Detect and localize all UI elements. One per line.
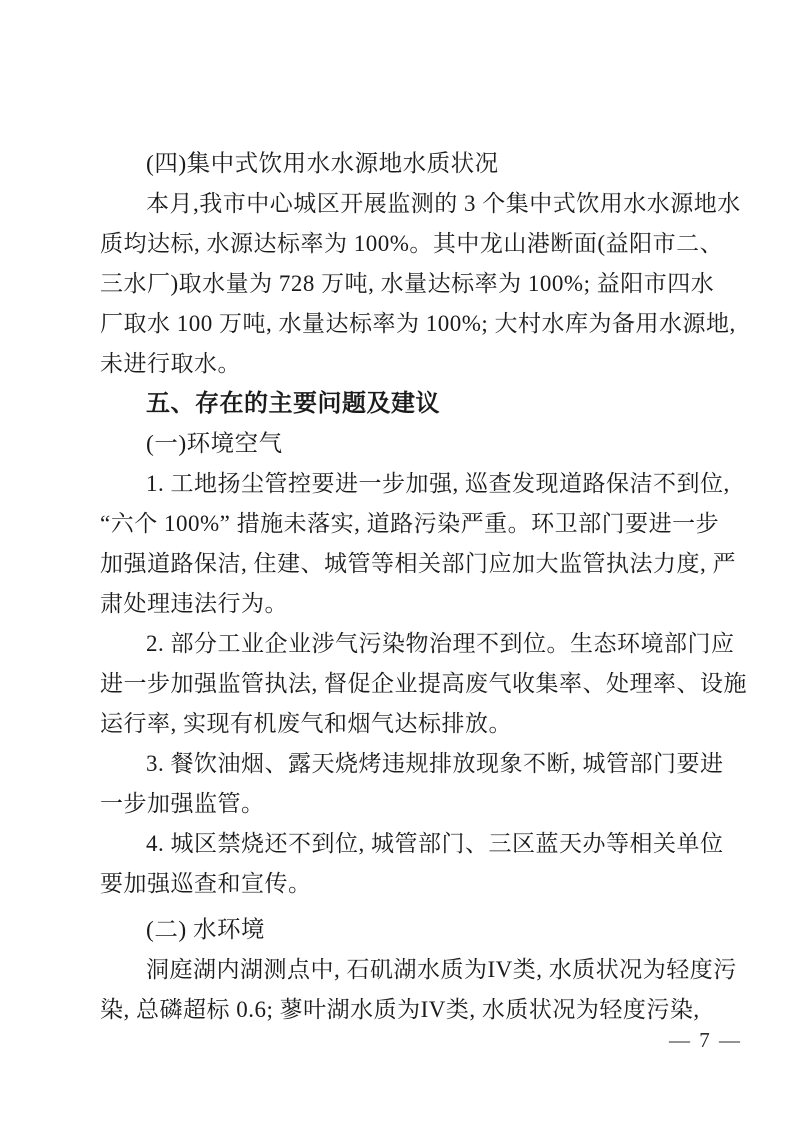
text-line: 洞庭湖内湖测点中, 石矶湖水质为IV类, 水质状况为轻度污 xyxy=(100,950,700,990)
text-line: 质均达标, 水源达标率为 100%。其中龙山港断面(益阳市二、 xyxy=(100,224,700,264)
text-line: 染, 总磷超标 0.6; 蓼叶湖水质为IV类, 水质状况为轻度污染, xyxy=(100,990,700,1030)
text-line: 三水厂)取水量为 728 万吨, 水量达标率为 100%; 益阳市四水 xyxy=(100,264,700,304)
page-number: — 7 — xyxy=(0,1028,742,1053)
text-line: “六个 100%” 措施未落实, 道路污染严重。环卫部门要进一步 xyxy=(100,504,700,544)
subsection-air-heading: (一)环境空气 xyxy=(100,424,700,464)
text-line: 3. 餐饮油烟、露天烧烤违规排放现象不断, 城管部门要进 xyxy=(100,744,700,784)
text-line: 运行率, 实现有机废气和烟气达标排放。 xyxy=(100,704,700,744)
text-line: 1. 工地扬尘管控要进一步加强, 巡查发现道路保洁不到位, xyxy=(100,464,700,504)
text-line: 一步加强监管。 xyxy=(100,784,700,824)
text-line: 要加强巡查和宣传。 xyxy=(100,864,700,904)
section4-heading: (四)集中式饮用水水源地水质状况 xyxy=(100,144,700,184)
text-line: 本月,我市中心城区开展监测的 3 个集中式饮用水水源地水 xyxy=(100,184,700,224)
text-line: 进一步加强监管执法, 督促企业提高废气收集率、处理率、设施 xyxy=(100,664,700,704)
subsection-water-heading: (二) 水环境 xyxy=(100,910,700,950)
text-line: 未进行取水。 xyxy=(100,344,700,384)
document-page: (四)集中式饮用水水源地水质状况 本月,我市中心城区开展监测的 3 个集中式饮用… xyxy=(0,0,793,1122)
document-body: (四)集中式饮用水水源地水质状况 本月,我市中心城区开展监测的 3 个集中式饮用… xyxy=(100,144,700,1030)
text-line: 厂取水 100 万吨, 水量达标率为 100%; 大村水库为备用水源地, xyxy=(100,304,700,344)
text-line: 加强道路保洁, 住建、城管等相关部门应加大监管执法力度, 严 xyxy=(100,544,700,584)
section5-heading: 五、存在的主要问题及建议 xyxy=(100,384,700,424)
text-line: 4. 城区禁烧还不到位, 城管部门、三区蓝天办等相关单位 xyxy=(100,824,700,864)
text-line: 2. 部分工业企业涉气污染物治理不到位。生态环境部门应 xyxy=(100,624,700,664)
text-line: 肃处理违法行为。 xyxy=(100,584,700,624)
